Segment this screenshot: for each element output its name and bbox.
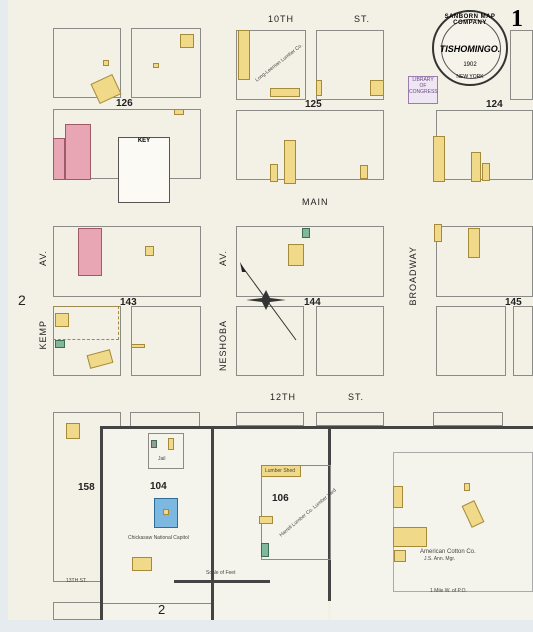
block-broadway-north: [436, 226, 533, 297]
cotton-gin: [393, 527, 427, 547]
block-144-east: [316, 306, 384, 376]
capitol-label: Chickasaw National Capitol: [128, 535, 189, 541]
building: [360, 165, 368, 179]
sanborn-map-sheet: 126 Long-Leeman Lumber Co. 10TH ST. 125 …: [8, 0, 533, 620]
brick-buildings: [53, 138, 65, 180]
block-number-126: 126: [116, 98, 133, 109]
lumber-shed: [270, 88, 300, 97]
brick-buildings: [65, 124, 91, 180]
street-kemp: KEMP: [38, 320, 48, 350]
scale-bar: [174, 580, 270, 583]
block-number-125: 125: [305, 99, 322, 110]
building: [153, 63, 159, 68]
block-12th-c: [236, 412, 304, 426]
compass-rose-icon: [236, 260, 306, 350]
building: [180, 34, 194, 48]
stone-building: [302, 228, 310, 238]
jail-label: Jail: [158, 456, 166, 462]
street-neshoba: NESHOBA: [218, 320, 228, 371]
block-kemp-north: [53, 226, 201, 297]
adjoining-sheet-ref: 2: [18, 292, 26, 308]
cotton-company-label: American Cotton Co.: [420, 549, 476, 555]
block-number-158: 158: [78, 482, 95, 493]
building: [66, 423, 80, 439]
building: [284, 140, 296, 184]
brick-building: [78, 228, 102, 276]
library-stamp: LIBRARY OF CONGRESS: [408, 76, 438, 104]
block-143-east: [131, 306, 201, 376]
street-broadway: BROADWAY: [408, 246, 418, 306]
block-145-east: [513, 306, 533, 376]
inset-bottom-line: [103, 603, 211, 604]
sheet-number: 1: [511, 6, 523, 33]
building: [55, 313, 69, 327]
block-number-104: 104: [150, 481, 167, 492]
key-title: KEY: [119, 138, 169, 144]
block-number-106: 106: [272, 493, 289, 504]
building: [259, 516, 273, 524]
building: [131, 344, 145, 348]
street-main: MAIN: [302, 197, 329, 207]
building: [471, 152, 481, 182]
stone-building: [55, 340, 65, 348]
block-top-right: [510, 30, 533, 100]
building: [464, 483, 470, 491]
street-10th: 10TH: [268, 14, 294, 24]
street-12th: 12TH: [270, 392, 296, 402]
building: [482, 163, 490, 181]
block-106: [261, 465, 331, 560]
building: [394, 550, 406, 562]
jail-building: [151, 440, 157, 448]
building: [103, 60, 109, 66]
lumber-shed: [238, 30, 250, 80]
building: [270, 164, 278, 182]
seal-date: 1902: [434, 62, 506, 68]
hotel: [433, 136, 445, 182]
seal-town: TISHOMINGO.: [434, 44, 506, 54]
publisher-seal: SANBORN MAP COMPANY TISHOMINGO. 1902 NEW…: [432, 10, 508, 86]
building: [174, 109, 184, 115]
cotton-yard: [393, 452, 533, 592]
street-st-lower: ST.: [348, 392, 364, 402]
block-12th-e: [433, 412, 503, 426]
street-av-left: AV.: [38, 250, 48, 266]
jail-block: [148, 433, 184, 469]
scale-label: Scale of Feet: [206, 570, 235, 576]
jail-outbuilding: [168, 438, 174, 450]
street-13th-label: 13TH ST.: [66, 578, 87, 584]
block-145: [436, 306, 506, 376]
building: [468, 228, 480, 258]
street-av-center: AV.: [218, 250, 228, 266]
building: [316, 80, 322, 96]
bottom-sheet-ref: 2: [158, 602, 165, 617]
seal-city: NEW YORK: [434, 74, 506, 80]
church: [132, 557, 152, 571]
lumber-shed-label: Lumber Shed: [265, 468, 295, 474]
building: [434, 224, 442, 242]
map-key: KEY: [118, 137, 170, 203]
cotton-building: [393, 486, 403, 508]
distance-note: 1 Mile W. of P.O.: [430, 588, 467, 594]
cotton-sub-label: J.S. Ann. Mgr.: [424, 556, 455, 562]
stone-building: [261, 543, 269, 557]
building: [370, 80, 384, 96]
building: [145, 246, 154, 256]
block-12th-d: [316, 412, 384, 426]
seal-publisher: SANBORN MAP COMPANY: [434, 14, 506, 26]
capitol-center: [163, 509, 169, 515]
block-number-124: 124: [486, 99, 503, 110]
street-st: ST.: [354, 14, 370, 24]
